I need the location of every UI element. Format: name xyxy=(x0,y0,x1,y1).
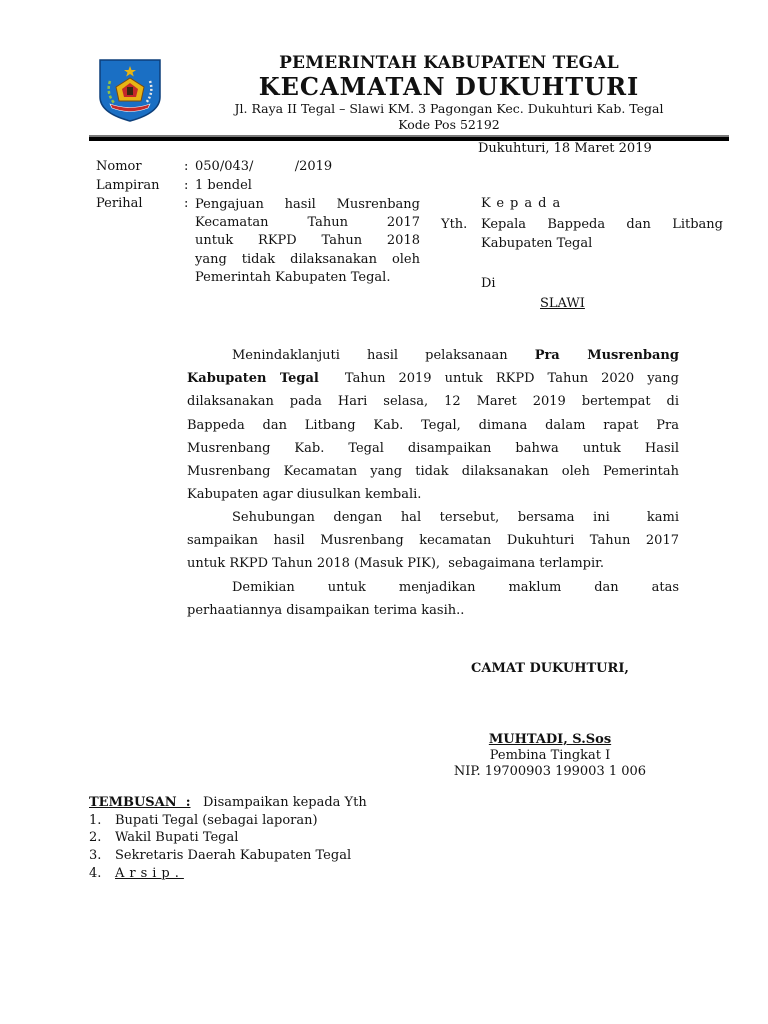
body-text: Tahun 2019 untuk RKPD Tahun 2020 yang xyxy=(319,371,679,386)
perihal-colon: : xyxy=(184,196,188,211)
signature-title: CAMAT DUKUHTURI, xyxy=(430,661,670,676)
perihal-line: yang tidak dilaksanakan oleh xyxy=(195,251,420,269)
body-paragraph-2: Sehubungan dengan hal tersebut, bersama … xyxy=(187,506,679,576)
body-bold-text: Pra Musrenbang xyxy=(535,348,679,363)
tembusan-item: Wakil Bupati Tegal xyxy=(115,830,238,845)
perihal-line: Pemerintah Kabupaten Tegal. xyxy=(195,269,420,287)
body-line: dilaksanakan pada Hari selasa, 12 Maret … xyxy=(187,390,679,413)
nomor-label: Nomor xyxy=(96,159,142,174)
nomor-colon: : xyxy=(184,159,188,174)
body-line: Sehubungan dengan hal tersebut, bersama … xyxy=(187,506,679,529)
nomor-value: 050/043/ /2019 xyxy=(195,159,332,174)
perihal-line: Pengajuan hasil Musrenbang xyxy=(195,196,420,214)
body-line: Musrenbang Kab. Tegal disampaikan bahwa … xyxy=(187,437,679,460)
body-line: untuk RKPD Tahun 2018 (Masuk PIK), sebag… xyxy=(187,552,679,575)
lampiran-colon: : xyxy=(184,178,188,193)
body-line: perhaatiannya disampaikan terima kasih.. xyxy=(187,599,679,622)
body-bold-text: Kabupaten Tegal xyxy=(187,371,319,386)
body-line: Demikian untuk menjadikan maklum dan ata… xyxy=(187,576,679,599)
recipient-line1: Kepala Bappeda dan Litbang xyxy=(481,217,723,232)
place-date: Dukuhturi, 18 Maret 2019 xyxy=(478,141,652,156)
body-line: sampaikan hasil Musrenbang kecamatan Duk… xyxy=(187,529,679,552)
letterhead-government: PEMERINTAH KABUPATEN TEGAL xyxy=(0,53,768,73)
letterhead-office: KECAMATAN DUKUHTURI xyxy=(0,72,768,101)
signature-name: MUHTADI, S.Sos xyxy=(430,732,670,747)
body-paragraph-1: Menindaklanjuti hasil pelaksanaan Pra Mu… xyxy=(187,344,679,506)
letterhead-address: Jl. Raya II Tegal – Slawi KM. 3 Pagongan… xyxy=(0,101,768,116)
recipient-city: SLAWI xyxy=(540,296,585,311)
body-line: Kabupaten Tegal Tahun 2019 untuk RKPD Ta… xyxy=(187,367,679,390)
letterhead-postal-code: Kode Pos 52192 xyxy=(0,117,768,132)
tembusan-item: Bupati Tegal (sebagai laporan) xyxy=(115,813,318,828)
signature-rank: Pembina Tingkat I xyxy=(430,748,670,763)
perihal-line: Kecamatan Tahun 2017 xyxy=(195,214,420,232)
tembusan-item-number: 2. xyxy=(89,830,101,845)
tembusan-item-number: 4. xyxy=(89,866,101,881)
perihal-line: untuk RKPD Tahun 2018 xyxy=(195,232,420,250)
tembusan-item: Arsip. xyxy=(115,866,184,881)
body-line: Musrenbang Kecamatan yang tidak dilaksan… xyxy=(187,460,679,483)
tembusan-item: Sekretaris Daerah Kabupaten Tegal xyxy=(115,848,351,863)
body-line: Bappeda dan Litbang Kab. Tegal, dimana d… xyxy=(187,414,679,437)
lampiran-value: 1 bendel xyxy=(195,178,252,193)
body-line: Menindaklanjuti hasil pelaksanaan Pra Mu… xyxy=(187,344,679,367)
recipient-kepada: Kepada xyxy=(481,196,566,211)
body-line: Kabupaten agar diusulkan kembali. xyxy=(187,483,679,506)
signature-nip: NIP. 19700903 199003 1 006 xyxy=(430,764,670,779)
tembusan-label: TEMBUSAN : xyxy=(89,795,191,810)
perihal-value: Pengajuan hasil Musrenbang Kecamatan Tah… xyxy=(195,196,420,287)
perihal-label: Perihal xyxy=(96,196,143,211)
tembusan-item-number: 1. xyxy=(89,813,101,828)
lampiran-label: Lampiran xyxy=(96,178,160,193)
body-text: Menindaklanjuti hasil pelaksanaan xyxy=(232,348,535,363)
recipient-di: Di xyxy=(481,276,496,291)
tembusan-item-number: 3. xyxy=(89,848,101,863)
tembusan-subtitle: Disampaikan kepada Yth xyxy=(203,795,367,810)
body-paragraph-3: Demikian untuk menjadikan maklum dan ata… xyxy=(187,576,679,622)
recipient-yth: Yth. xyxy=(441,217,467,232)
recipient-line2: Kabupaten Tegal xyxy=(481,236,592,251)
